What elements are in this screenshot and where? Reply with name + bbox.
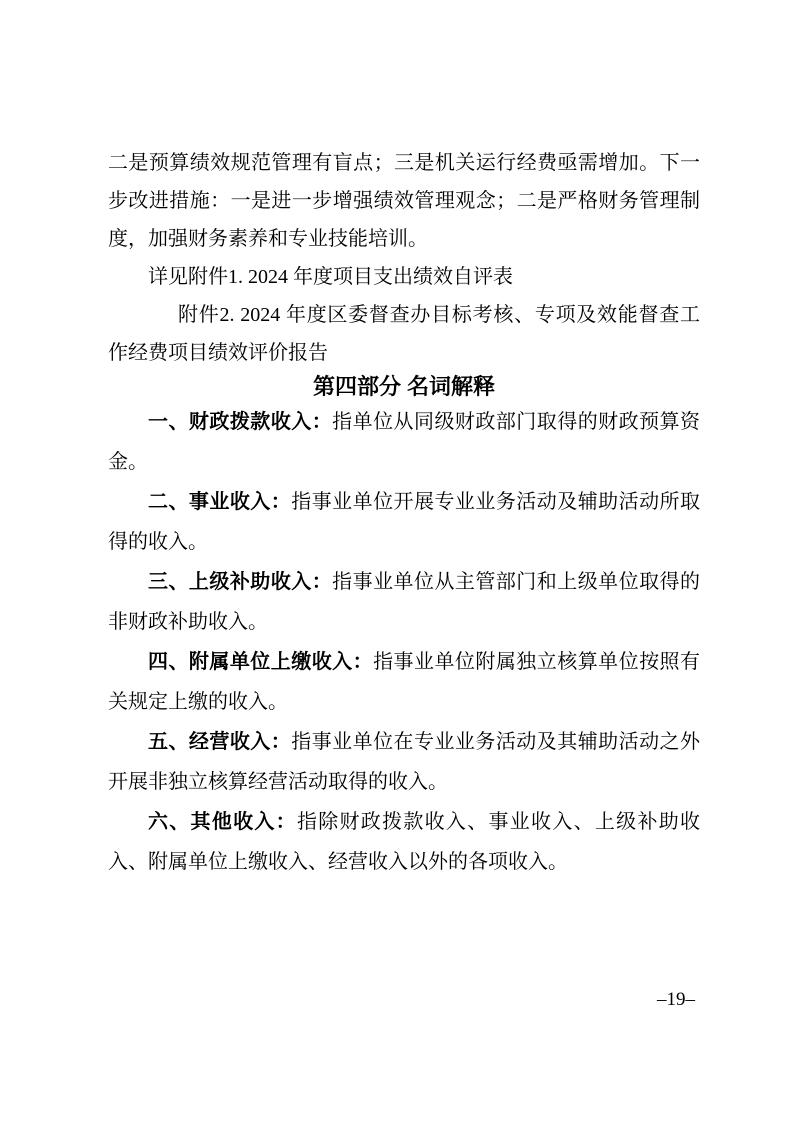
section-heading: 第四部分 名词解释 <box>108 372 700 402</box>
definition-item: 五、经营收入：指事业单位在专业业务活动及其辅助活动之外开展非独立核算经营活动取得… <box>108 722 700 802</box>
definition-term: 三、上级补助收入： <box>148 571 332 593</box>
attachment-reference-2: 附件2. 2024 年度区委督查办目标考核、专项及效能督查工作经费项目绩效评价报… <box>108 296 700 372</box>
definition-item: 六、其他收入：指除财政拨款收入、事业收入、上级补助收入、附属单位上缴收入、经营收… <box>108 802 700 882</box>
definition-term: 六、其他收入： <box>148 811 297 833</box>
definition-item: 四、附属单位上缴收入：指事业单位附属独立核算单位按照有关规定上缴的收入。 <box>108 642 700 722</box>
definition-term: 一、财政拨款收入： <box>148 411 332 433</box>
definition-item: 二、事业收入：指事业单位开展专业业务活动及辅助活动所取得的收入。 <box>108 482 700 562</box>
definition-item: 三、上级补助收入：指事业单位从主管部门和上级单位取得的非财政补助收入。 <box>108 562 700 642</box>
document-page: 二是预算绩效规范管理有盲点；三是机关运行经费亟需增加。下一步改进措施：一是进一步… <box>0 0 793 1122</box>
definition-term: 五、经营收入： <box>148 731 291 753</box>
continued-paragraph: 二是预算绩效规范管理有盲点；三是机关运行经费亟需增加。下一步改进措施：一是进一步… <box>108 144 700 258</box>
definitions-list: 一、财政拨款收入：指单位从同级财政部门取得的财政预算资金。 二、事业收入：指事业… <box>108 402 700 882</box>
definition-term: 四、附属单位上缴收入： <box>148 651 373 673</box>
definition-term: 二、事业收入： <box>148 491 291 513</box>
page-number: –19– <box>657 988 695 1012</box>
text-column: 二是预算绩效规范管理有盲点；三是机关运行经费亟需增加。下一步改进措施：一是进一步… <box>108 144 700 882</box>
attachment-reference-1: 详见附件1. 2024 年度项目支出绩效自评表 <box>108 258 700 296</box>
definition-item: 一、财政拨款收入：指单位从同级财政部门取得的财政预算资金。 <box>108 402 700 482</box>
